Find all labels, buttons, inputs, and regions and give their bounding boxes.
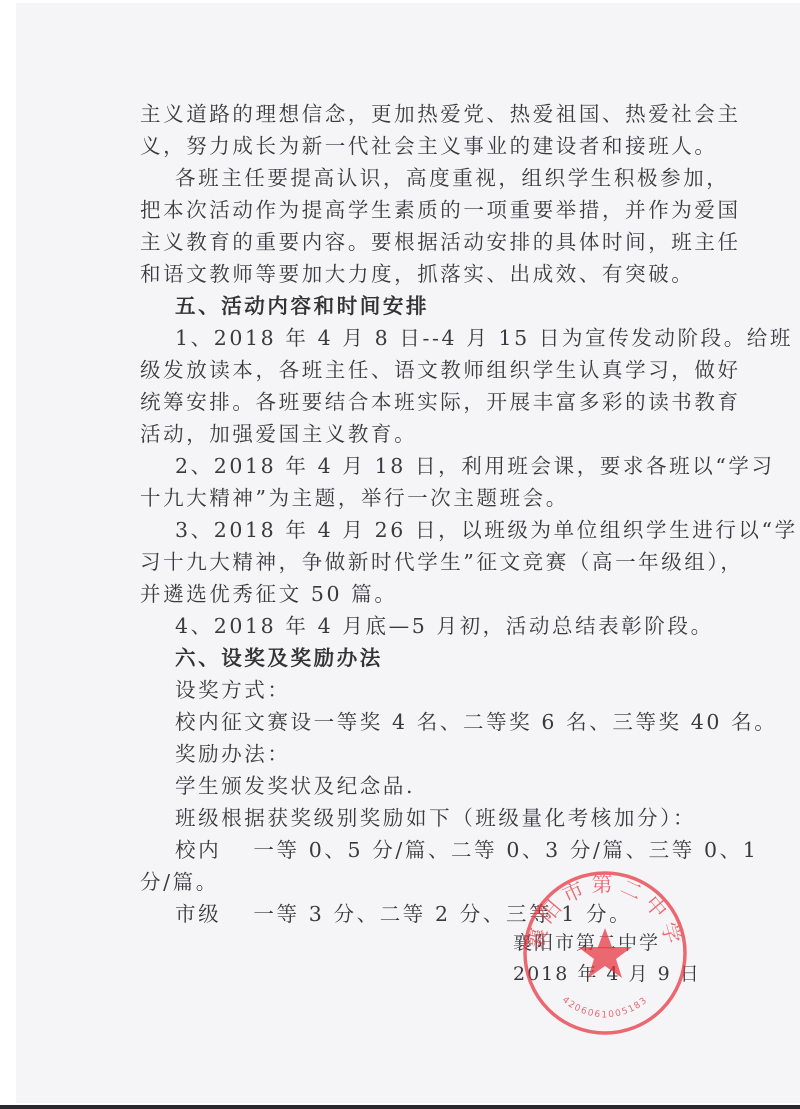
official-seal-icon: 襄阳市第二中学 4206061005183 [520, 868, 690, 1038]
text-line: 奖励办法： [140, 738, 680, 770]
text-line: 设奖方式： [140, 674, 680, 706]
text-line: 级发放读本，各班主任、语文教师组织学生认真学习，做好 [140, 354, 680, 386]
text-line: 学生颁发奖状及纪念品. [140, 770, 680, 802]
text-line: 和语文教师等要加大力度，抓落实、出成效、有突破。 [140, 258, 680, 290]
svg-text:4206061005183: 4206061005183 [560, 995, 650, 1020]
text-line: 主义教育的重要内容。要根据活动安排的具体时间，班主任 [140, 226, 680, 258]
text-line: 义，努力成长为新一代社会主义事业的建设者和接班人。 [140, 130, 680, 162]
text-line: 1、2018 年 4 月 8 日--4 月 15 日为宣传发动阶段。给班 [140, 322, 680, 354]
text-line: 活动，加强爱国主义教育。 [140, 418, 680, 450]
document-body: 主义道路的理想信念，更加热爱党、热爱祖国、热爱社会主义，努力成长为新一代社会主义… [140, 98, 680, 930]
text-line: 4、2018 年 4 月底—5 月初，活动总结表彰阶段。 [140, 610, 680, 642]
text-line: 校内征文赛设一等奖 4 名、二等奖 6 名、三等奖 40 名。 [140, 706, 680, 738]
star-icon [578, 928, 632, 978]
text-line: 并遴选优秀征文 50 篇。 [140, 578, 680, 610]
section-heading: 六、设奖及奖励办法 [140, 642, 680, 674]
text-line: 十九大精神”为主题，举行一次主题班会。 [140, 482, 680, 514]
text-line: 3、2018 年 4 月 26 日，以班级为单位组织学生进行以“学 [140, 514, 680, 546]
text-line: 习十九大精神，争做新时代学生”征文竞赛（高一年级组）， [140, 546, 680, 578]
text-line: 主义道路的理想信念，更加热爱党、热爱祖国、热爱社会主 [140, 98, 680, 130]
text-line: 各班主任要提高认识，高度重视，组织学生积极参加， [140, 162, 680, 194]
text-line: 2、2018 年 4 月 18 日，利用班会课，要求各班以“学习 [140, 450, 680, 482]
text-line: 把本次活动作为提高学生素质的一项重要举措，并作为爱国 [140, 194, 680, 226]
scan-edge [0, 1105, 800, 1109]
text-line: 统筹安排。各班要结合本班实际，开展丰富多彩的读书教育 [140, 386, 680, 418]
section-heading: 五、活动内容和时间安排 [140, 290, 680, 322]
text-line: 班级根据获奖级别奖励如下（班级量化考核加分）： [140, 802, 680, 834]
text-line: 校内 一等 0、5 分/篇、二等 0、3 分/篇、三等 0、1 [140, 834, 680, 866]
